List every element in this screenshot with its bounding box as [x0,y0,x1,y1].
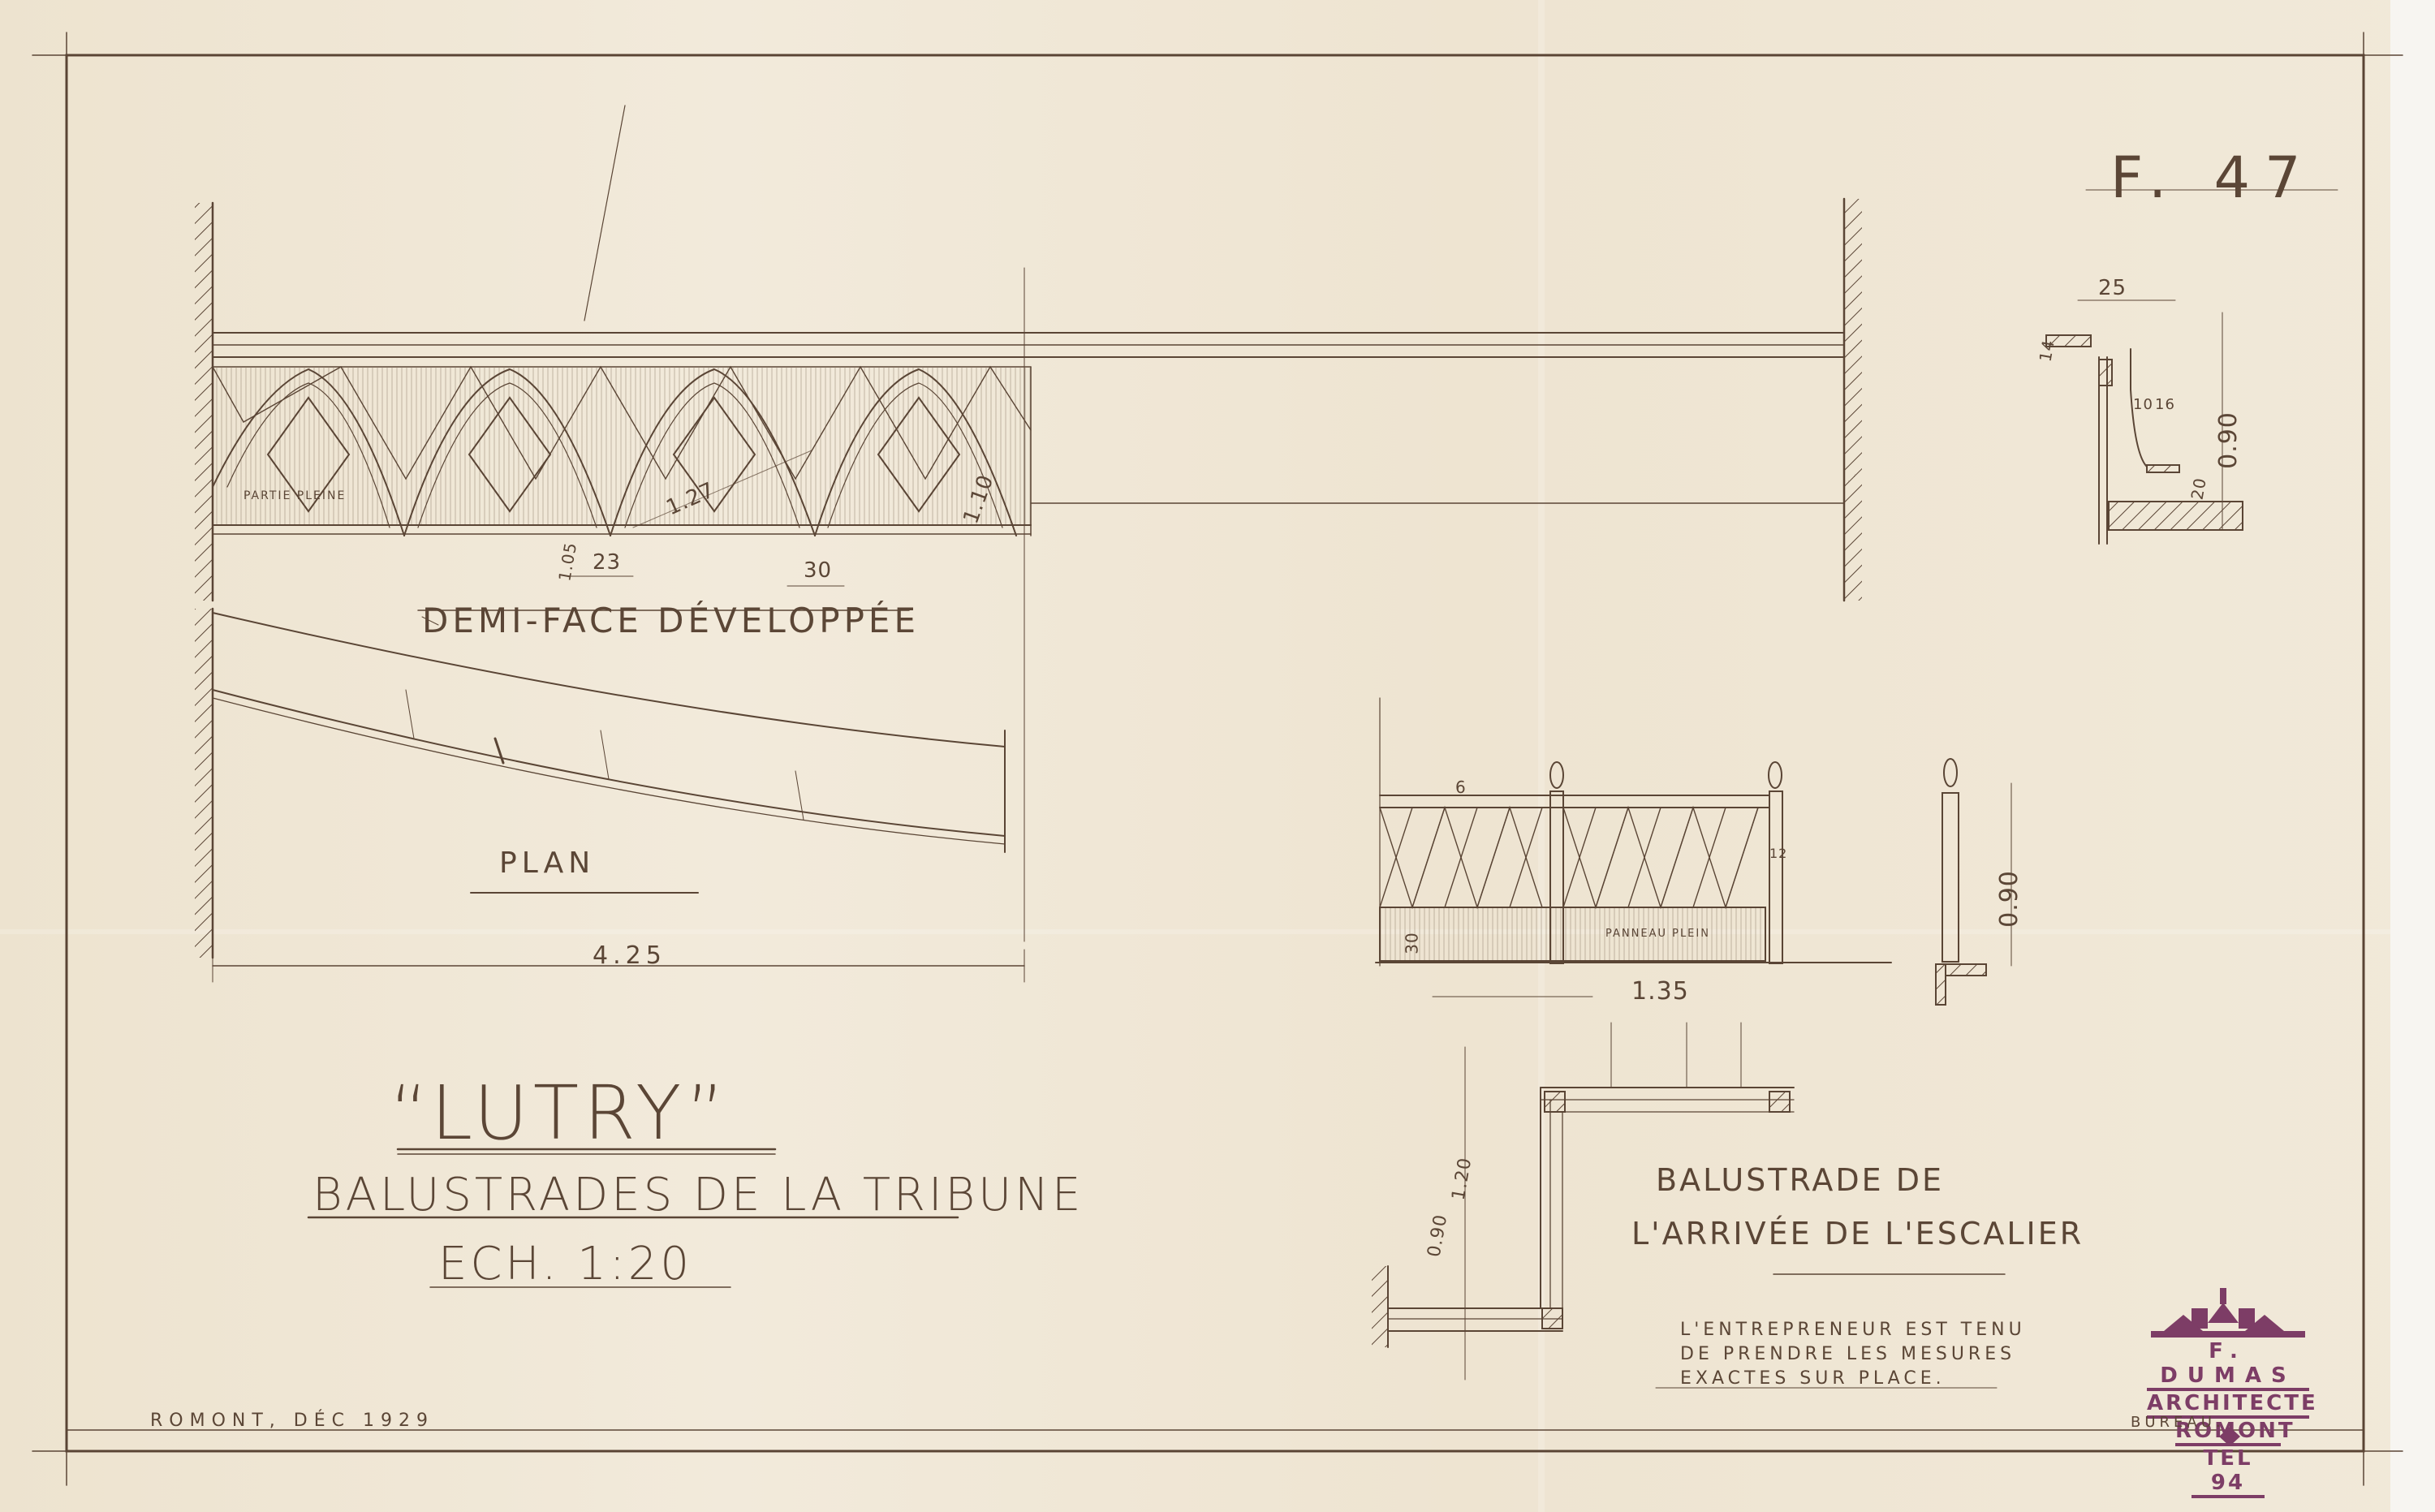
dim-30: 30 [804,558,832,583]
stair-title-line1: BALUSTRADE DE [1656,1162,1944,1198]
section-detail [2046,300,2243,544]
drawing-scale: ECH. 1:20 [438,1238,692,1290]
stair-title-line2: L'ARRIVÉE DE L'ESCALIER [1631,1216,2084,1251]
project-title: “LUTRY” [390,1070,730,1157]
office-label: BUREAU. [2131,1414,2225,1431]
section-dim-20: 20 [2187,476,2210,501]
half-face-elevation [195,106,1862,941]
section-dim-10: 10 [2133,396,2153,413]
stair-panel-note: PANNEAU PLEIN [1605,928,1710,940]
note-line-3: EXACTES SUR PLACE. [1680,1363,1946,1394]
section-dim-16: 16 [2155,396,2175,413]
dim-23: 23 [593,550,621,575]
place-date: ROMONT, DÉC 1929 [150,1411,434,1431]
plan-overall-length: 4.25 [593,941,666,970]
stamp-name: F. DUMAS [2147,1339,2309,1391]
section-dim-25: 25 [2098,276,2127,300]
project-subtitle: BALUSTRADES DE LA TRIBUNE [312,1169,1084,1221]
stair-dim-12: 12 [1769,846,1787,861]
architectural-drawing [0,0,2435,1512]
stair-dim-0-90-side: 0.90 [1995,870,2023,928]
border-frame [32,32,2403,1485]
sheet-number: F. 47 [2110,144,2316,211]
stair-dim-6: 6 [1455,778,1467,797]
half-face-panel-note: PARTIE PLEINE [243,489,346,502]
stamp-phone: TEL 94 [2191,1446,2265,1498]
plan-view [195,609,1005,958]
plan-label: PLAN [499,846,595,880]
section-dim-0-90: 0.90 [2214,411,2243,469]
section-dim-14: 14 [2036,338,2058,363]
half-face-label: DEMI-FACE DÉVELOPPÉE [422,601,920,640]
stair-dim-30: 30 [1403,932,1422,954]
stamp-building-icon [2151,1288,2305,1338]
stair-balustrade-elevation [1376,698,2011,1005]
stair-dim-1-35: 1.35 [1631,977,1689,1006]
